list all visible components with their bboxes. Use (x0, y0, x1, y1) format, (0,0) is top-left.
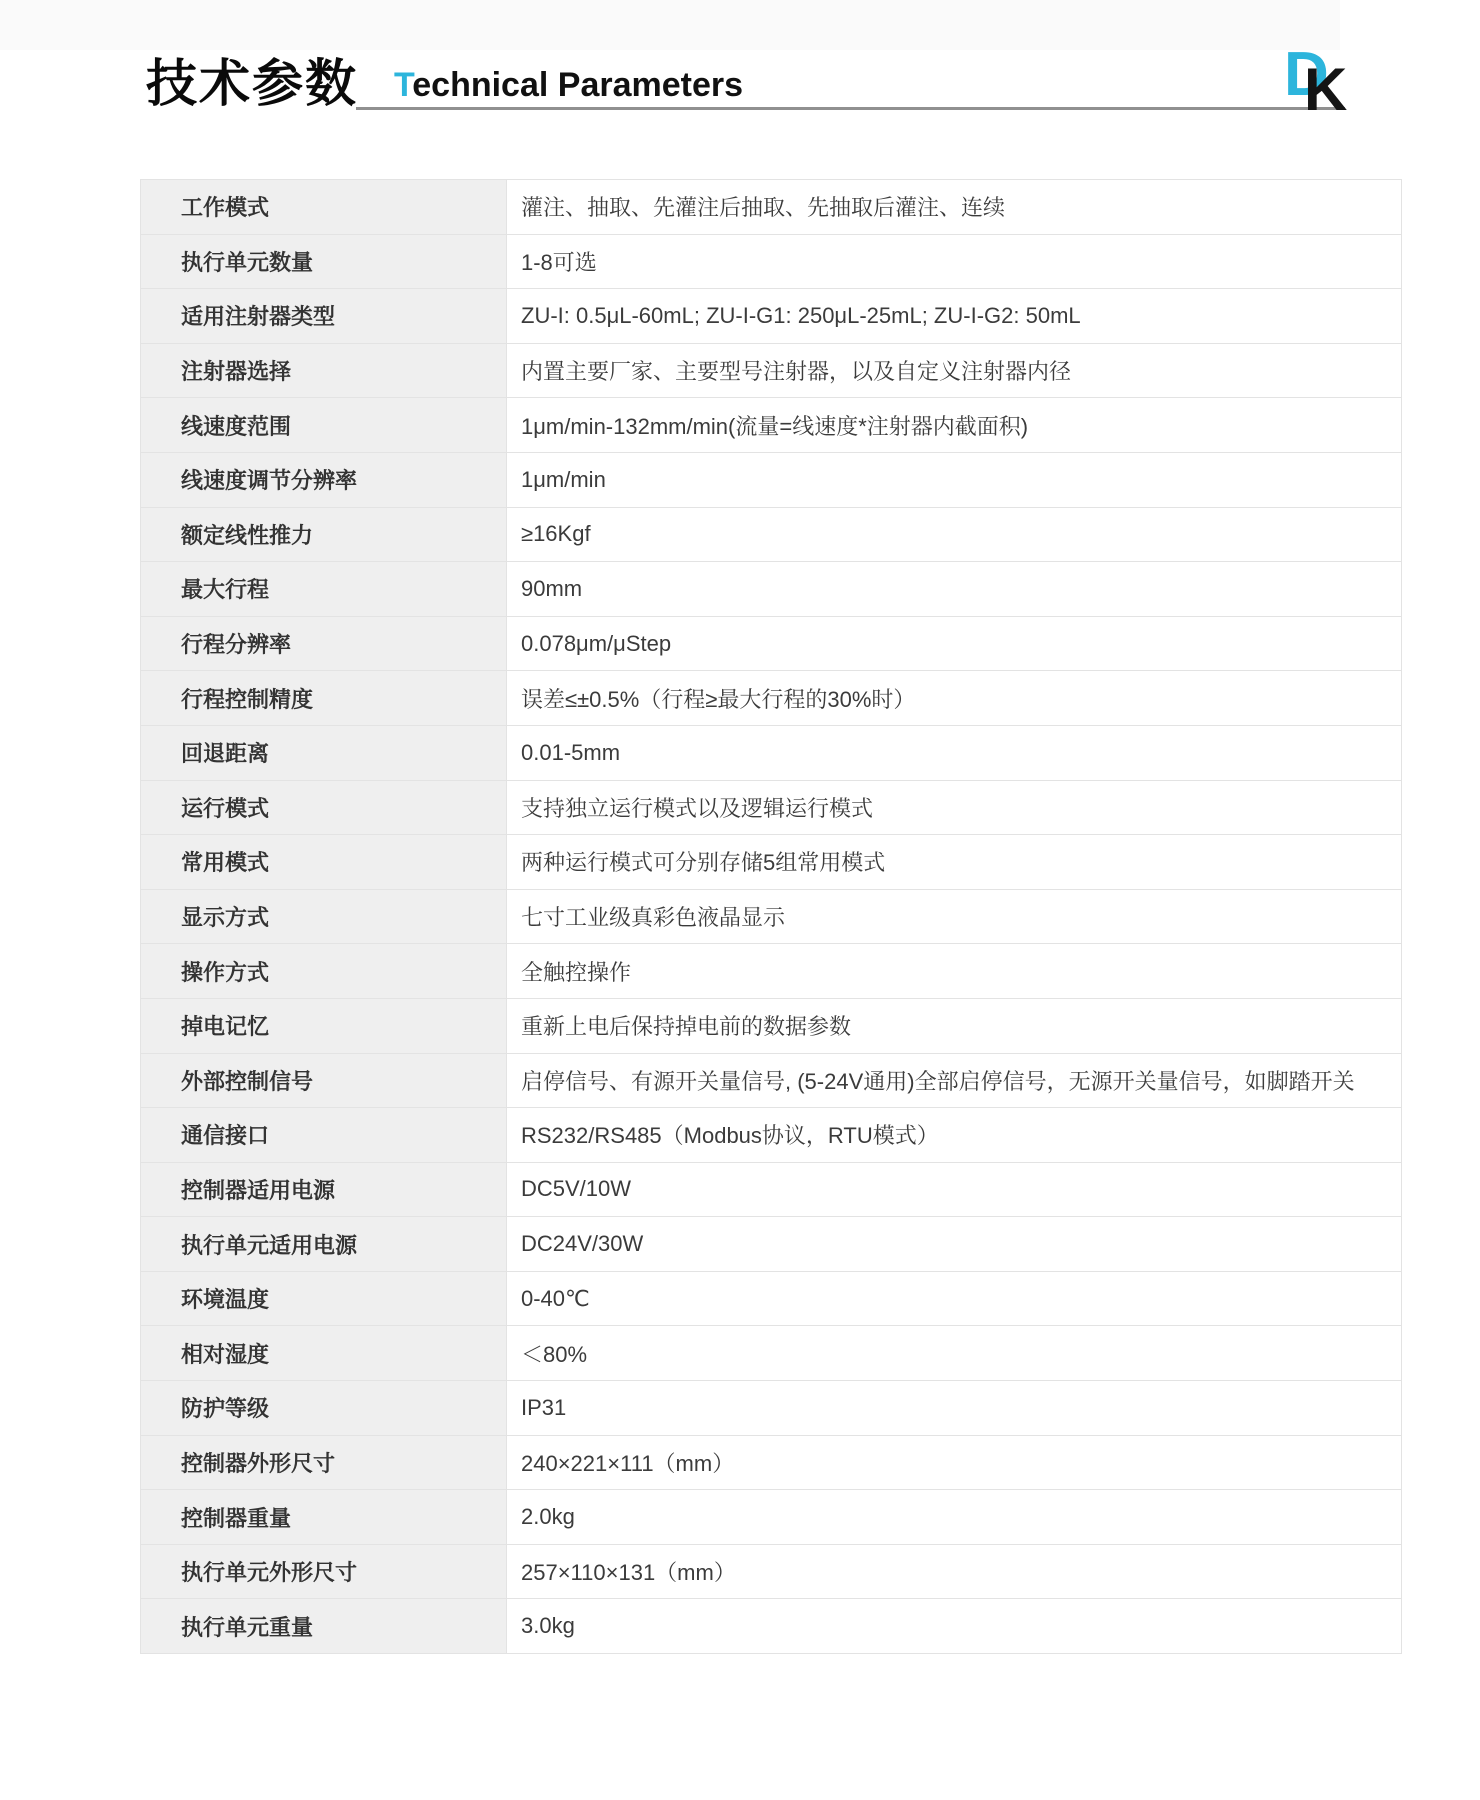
spec-row: 常用模式两种运行模式可分别存储5组常用模式 (141, 835, 1402, 890)
spec-label-cell: 控制器重量 (141, 1490, 507, 1545)
spec-label-cell: 适用注射器类型 (141, 289, 507, 344)
spec-row: 额定线性推力≥16Kgf (141, 507, 1402, 562)
spec-row: 外部控制信号启停信号、有源开关量信号, (5-24V通用)全部启停信号，无源开关… (141, 1053, 1402, 1108)
spec-row: 适用注射器类型ZU-I: 0.5μL-60mL; ZU-I-G1: 250μL-… (141, 289, 1402, 344)
spec-row: 运行模式支持独立运行模式以及逻辑运行模式 (141, 780, 1402, 835)
spec-value-cell: 灌注、抽取、先灌注后抽取、先抽取后灌注、连续 (507, 180, 1402, 235)
spec-label-cell: 操作方式 (141, 944, 507, 999)
spec-label-cell: 执行单元重量 (141, 1599, 507, 1654)
spec-label-cell: 行程分辨率 (141, 616, 507, 671)
top-strip (0, 0, 1340, 50)
spec-value-cell: 支持独立运行模式以及逻辑运行模式 (507, 780, 1402, 835)
spec-label-cell: 工作模式 (141, 180, 507, 235)
spec-row: 执行单元数量1-8可选 (141, 234, 1402, 289)
spec-value-cell: 1μm/min-132mm/min(流量=线速度*注射器内截面积) (507, 398, 1402, 453)
spec-label-cell: 相对湿度 (141, 1326, 507, 1381)
spec-label-cell: 执行单元适用电源 (141, 1217, 507, 1272)
spec-value-cell: 全触控操作 (507, 944, 1402, 999)
spec-row: 掉电记忆重新上电后保持掉电前的数据参数 (141, 998, 1402, 1053)
spec-value-cell: ＜80% (507, 1326, 1402, 1381)
spec-value-cell: 3.0kg (507, 1599, 1402, 1654)
spec-label-cell: 额定线性推力 (141, 507, 507, 562)
spec-row: 执行单元外形尺寸257×110×131（mm） (141, 1544, 1402, 1599)
spec-row: 环境温度0-40℃ (141, 1271, 1402, 1326)
spec-value-cell: DC5V/10W (507, 1162, 1402, 1217)
spec-row: 线速度调节分辨率1μm/min (141, 452, 1402, 507)
spec-value-cell: ZU-I: 0.5μL-60mL; ZU-I-G1: 250μL-25mL; Z… (507, 289, 1402, 344)
spec-value-cell: RS232/RS485（Modbus协议，RTU模式） (507, 1108, 1402, 1163)
spec-row: 行程分辨率0.078μm/μStep (141, 616, 1402, 671)
spec-row: 相对湿度＜80% (141, 1326, 1402, 1381)
page-title-cn: 技术参数 (146, 56, 358, 112)
spec-value-cell: 两种运行模式可分别存储5组常用模式 (507, 835, 1402, 890)
page-title-en: Technical Parameters (394, 68, 743, 102)
spec-value-cell: 2.0kg (507, 1490, 1402, 1545)
spec-value-cell: 内置主要厂家、主要型号注射器，以及自定义注射器内径 (507, 343, 1402, 398)
spec-row: 最大行程90mm (141, 562, 1402, 617)
header-underline (356, 107, 1345, 110)
spec-label-cell: 行程控制精度 (141, 671, 507, 726)
spec-label-cell: 环境温度 (141, 1271, 507, 1326)
spec-label-cell: 注射器选择 (141, 343, 507, 398)
spec-value-cell: 90mm (507, 562, 1402, 617)
spec-label-cell: 防护等级 (141, 1381, 507, 1436)
spec-value-cell: 七寸工业级真彩色液晶显示 (507, 889, 1402, 944)
spec-value-cell: 1μm/min (507, 452, 1402, 507)
spec-label-cell: 运行模式 (141, 780, 507, 835)
spec-label-cell: 线速度调节分辨率 (141, 452, 507, 507)
spec-value-cell: 0-40℃ (507, 1271, 1402, 1326)
spec-row: 通信接口RS232/RS485（Modbus协议，RTU模式） (141, 1108, 1402, 1163)
spec-row: 执行单元适用电源DC24V/30W (141, 1217, 1402, 1272)
spec-value-cell: 0.01-5mm (507, 725, 1402, 780)
spec-label-cell: 控制器适用电源 (141, 1162, 507, 1217)
spec-value-cell: 257×110×131（mm） (507, 1544, 1402, 1599)
spec-row: 控制器适用电源DC5V/10W (141, 1162, 1402, 1217)
spec-value-cell: 启停信号、有源开关量信号, (5-24V通用)全部启停信号，无源开关量信号，如脚… (507, 1053, 1402, 1108)
spec-value-cell: 重新上电后保持掉电前的数据参数 (507, 998, 1402, 1053)
spec-row: 行程控制精度误差≤±0.5%（行程≥最大行程的30%时） (141, 671, 1402, 726)
spec-label-cell: 显示方式 (141, 889, 507, 944)
spec-label-cell: 常用模式 (141, 835, 507, 890)
spec-value-cell: 0.078μm/μStep (507, 616, 1402, 671)
spec-row: 操作方式全触控操作 (141, 944, 1402, 999)
spec-row: 控制器外形尺寸240×221×111（mm） (141, 1435, 1402, 1490)
spec-label-cell: 外部控制信号 (141, 1053, 507, 1108)
spec-row: 工作模式灌注、抽取、先灌注后抽取、先抽取后灌注、连续 (141, 180, 1402, 235)
spec-value-cell: 误差≤±0.5%（行程≥最大行程的30%时） (507, 671, 1402, 726)
spec-label-cell: 线速度范围 (141, 398, 507, 453)
spec-sheet-page: { "page": { "background": "#ffffff", "to… (0, 0, 1480, 1800)
spec-row: 防护等级IP31 (141, 1381, 1402, 1436)
spec-value-cell: 240×221×111（mm） (507, 1435, 1402, 1490)
spec-label-cell: 回退距离 (141, 725, 507, 780)
spec-table: 工作模式灌注、抽取、先灌注后抽取、先抽取后灌注、连续执行单元数量1-8可选适用注… (140, 179, 1402, 1654)
spec-value-cell: DC24V/30W (507, 1217, 1402, 1272)
spec-label-cell: 掉电记忆 (141, 998, 507, 1053)
spec-label-cell: 通信接口 (141, 1108, 507, 1163)
title-en-rest: echnical Parameters (412, 66, 743, 104)
spec-row: 执行单元重量3.0kg (141, 1599, 1402, 1654)
spec-row: 线速度范围1μm/min-132mm/min(流量=线速度*注射器内截面积) (141, 398, 1402, 453)
spec-row: 控制器重量2.0kg (141, 1490, 1402, 1545)
spec-row: 回退距离0.01-5mm (141, 725, 1402, 780)
spec-label-cell: 执行单元数量 (141, 234, 507, 289)
dk-logo: D K (1280, 40, 1360, 120)
spec-label-cell: 控制器外形尺寸 (141, 1435, 507, 1490)
spec-label-cell: 执行单元外形尺寸 (141, 1544, 507, 1599)
spec-row: 显示方式七寸工业级真彩色液晶显示 (141, 889, 1402, 944)
spec-label-cell: 最大行程 (141, 562, 507, 617)
spec-row: 注射器选择内置主要厂家、主要型号注射器，以及自定义注射器内径 (141, 343, 1402, 398)
spec-table-body: 工作模式灌注、抽取、先灌注后抽取、先抽取后灌注、连续执行单元数量1-8可选适用注… (141, 180, 1402, 1654)
spec-value-cell: IP31 (507, 1381, 1402, 1436)
title-accent-letter: T (394, 66, 412, 104)
spec-value-cell: 1-8可选 (507, 234, 1402, 289)
spec-value-cell: ≥16Kgf (507, 507, 1402, 562)
logo-letter-k: K (1304, 60, 1347, 120)
